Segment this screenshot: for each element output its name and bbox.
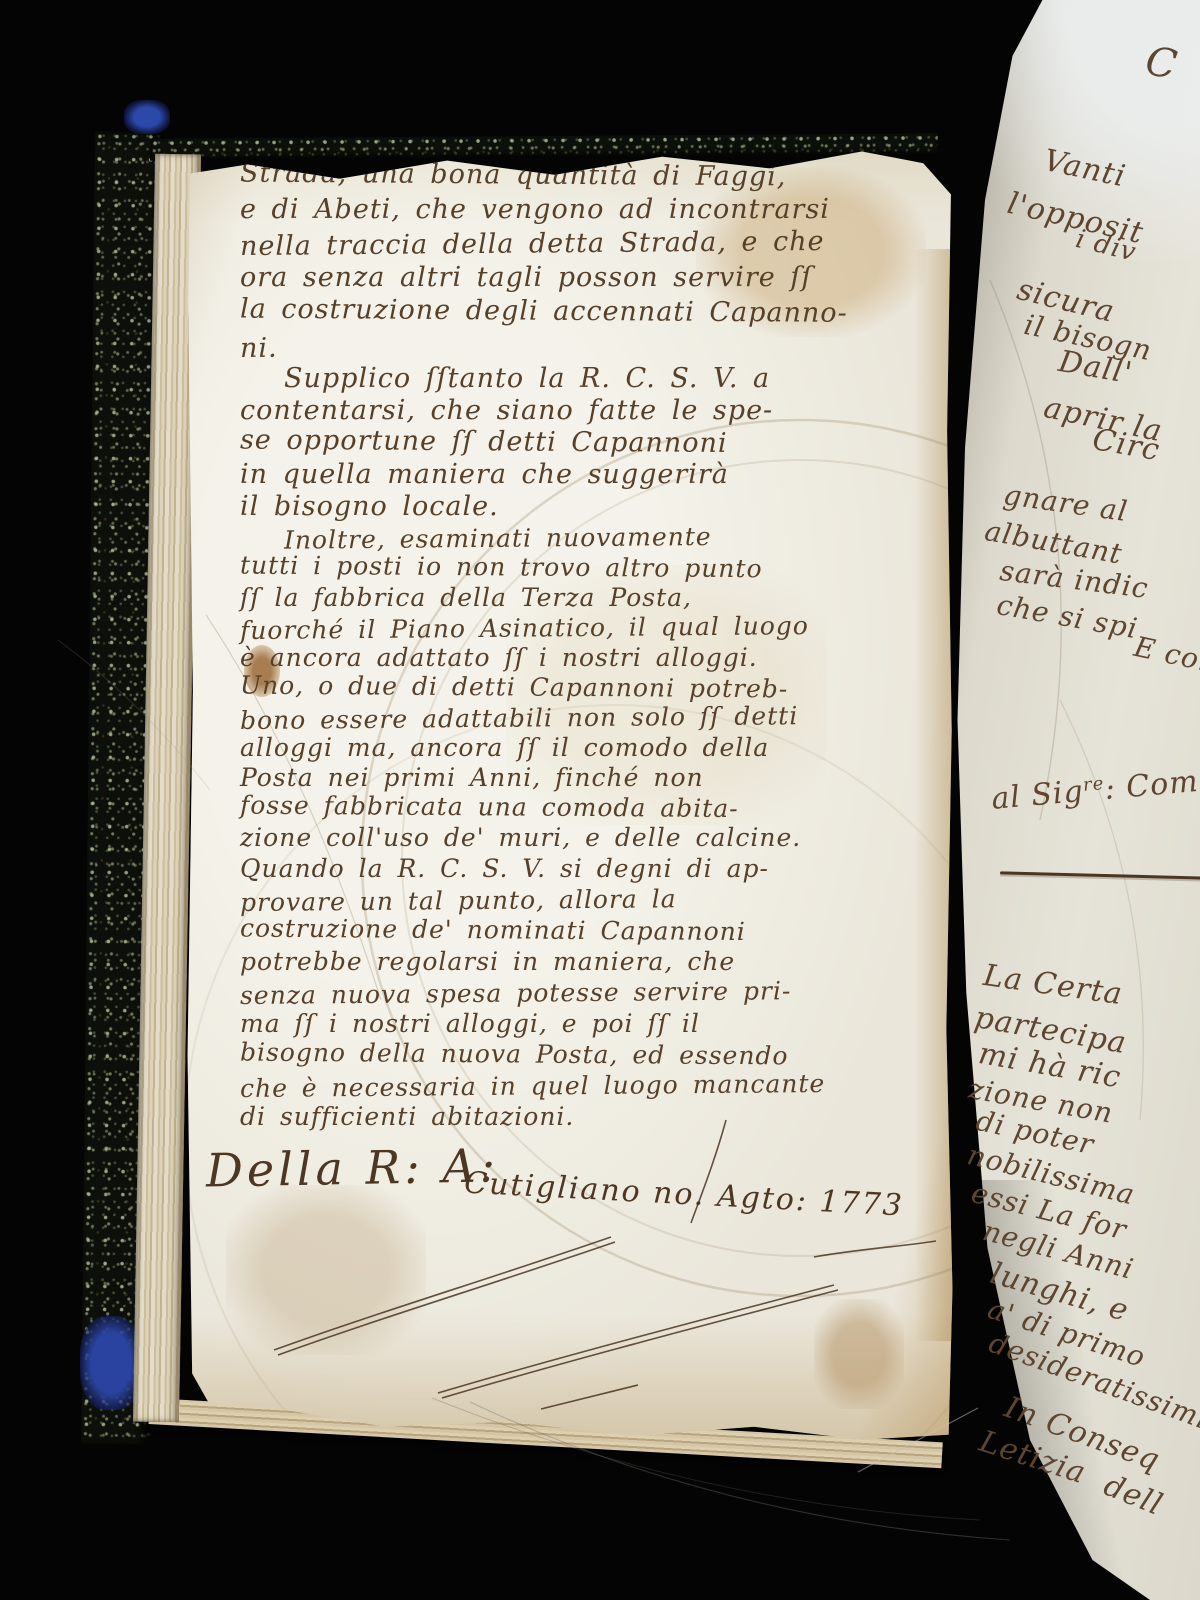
manuscript-line: tutti i posti io non trovo altro punto: [240, 551, 940, 586]
manuscript-line: potrebbe regolarsi in maniera, che: [240, 946, 940, 977]
manuscript-line: Strada, una bona quantità di Faggi,: [240, 157, 940, 196]
manuscript-line: bono essere adattabili non solo ſſ detti: [240, 700, 940, 736]
book-cover-top-edge: [150, 133, 938, 161]
manuscript-line: il bisogno locale.: [240, 491, 940, 523]
manuscript-line: zione coll'uso de' muri, e delle calcine…: [240, 823, 940, 853]
manuscript-line: Supplico ſſtanto la R. C. S. V. a: [240, 363, 940, 395]
left-page: Strada, una bona quantità di Faggi, e di…: [186, 145, 954, 1445]
closing-salutation: Della R: A:: [206, 1138, 500, 1197]
place-and-date: Cutigliano no. Agto: 1773: [463, 1166, 904, 1224]
paper-stain: [814, 1299, 904, 1409]
manuscript-line: alloggi ma, ancora ſſ il comodo della: [240, 733, 940, 763]
manuscript-line: ni.: [240, 326, 940, 366]
manuscript-line: senza nuova spesa potesse servire pri-: [240, 974, 940, 1011]
manuscript-line: Quando la R. C. S. V. si degni di ap-: [240, 853, 940, 884]
manuscript-line: ma ſſ i nostri alloggi, e poi ſſ il: [240, 1008, 940, 1039]
manuscript-line: in quella maniera che suggerirà: [240, 459, 940, 491]
manuscript-line: fosse fabbricata una comoda abita-: [240, 791, 940, 826]
manuscript-line: costruzione de' nominati Capannoni: [240, 913, 940, 949]
paper-stain: [226, 1185, 426, 1355]
letter-body: Strada, una bona quantità di Faggi, e di…: [240, 159, 940, 1132]
manuscript-line: ſſ la fabbrica della Terza Posta,: [240, 583, 940, 613]
manuscript-line: fuorché il Piano Asinatico, il qual luog…: [240, 610, 940, 646]
manuscript-line: di sufficienti abitazioni.: [240, 1101, 940, 1132]
manuscript-line: se opportune ſſ detti Capannoni: [240, 425, 940, 462]
manuscript-line: nella traccia della detta Strada, e che: [240, 224, 940, 264]
cover-blue-corner-top: [124, 100, 170, 134]
manuscript-photo: Strada, una bona quantità di Faggi, e di…: [0, 0, 1200, 1600]
manuscript-line: e di Abeti, che vengono ad incontrarsi: [240, 193, 940, 227]
manuscript-line: è ancora adattato ſſ i nostri alloggi.: [240, 643, 940, 673]
manuscript-line: Posta nei primi Anni, finché non: [240, 763, 940, 793]
manuscript-line: la costruzione degli accennati Capanno-: [240, 293, 940, 332]
manuscript-line: che è necessaria in quel luogo mancante: [240, 1067, 940, 1104]
manuscript-line: ora senza altri tagli posson servire ſſ: [240, 261, 940, 295]
manuscript-line: contentarsi, che siano fatte le spe-: [240, 395, 940, 427]
address-superscript: re: [1082, 773, 1105, 796]
